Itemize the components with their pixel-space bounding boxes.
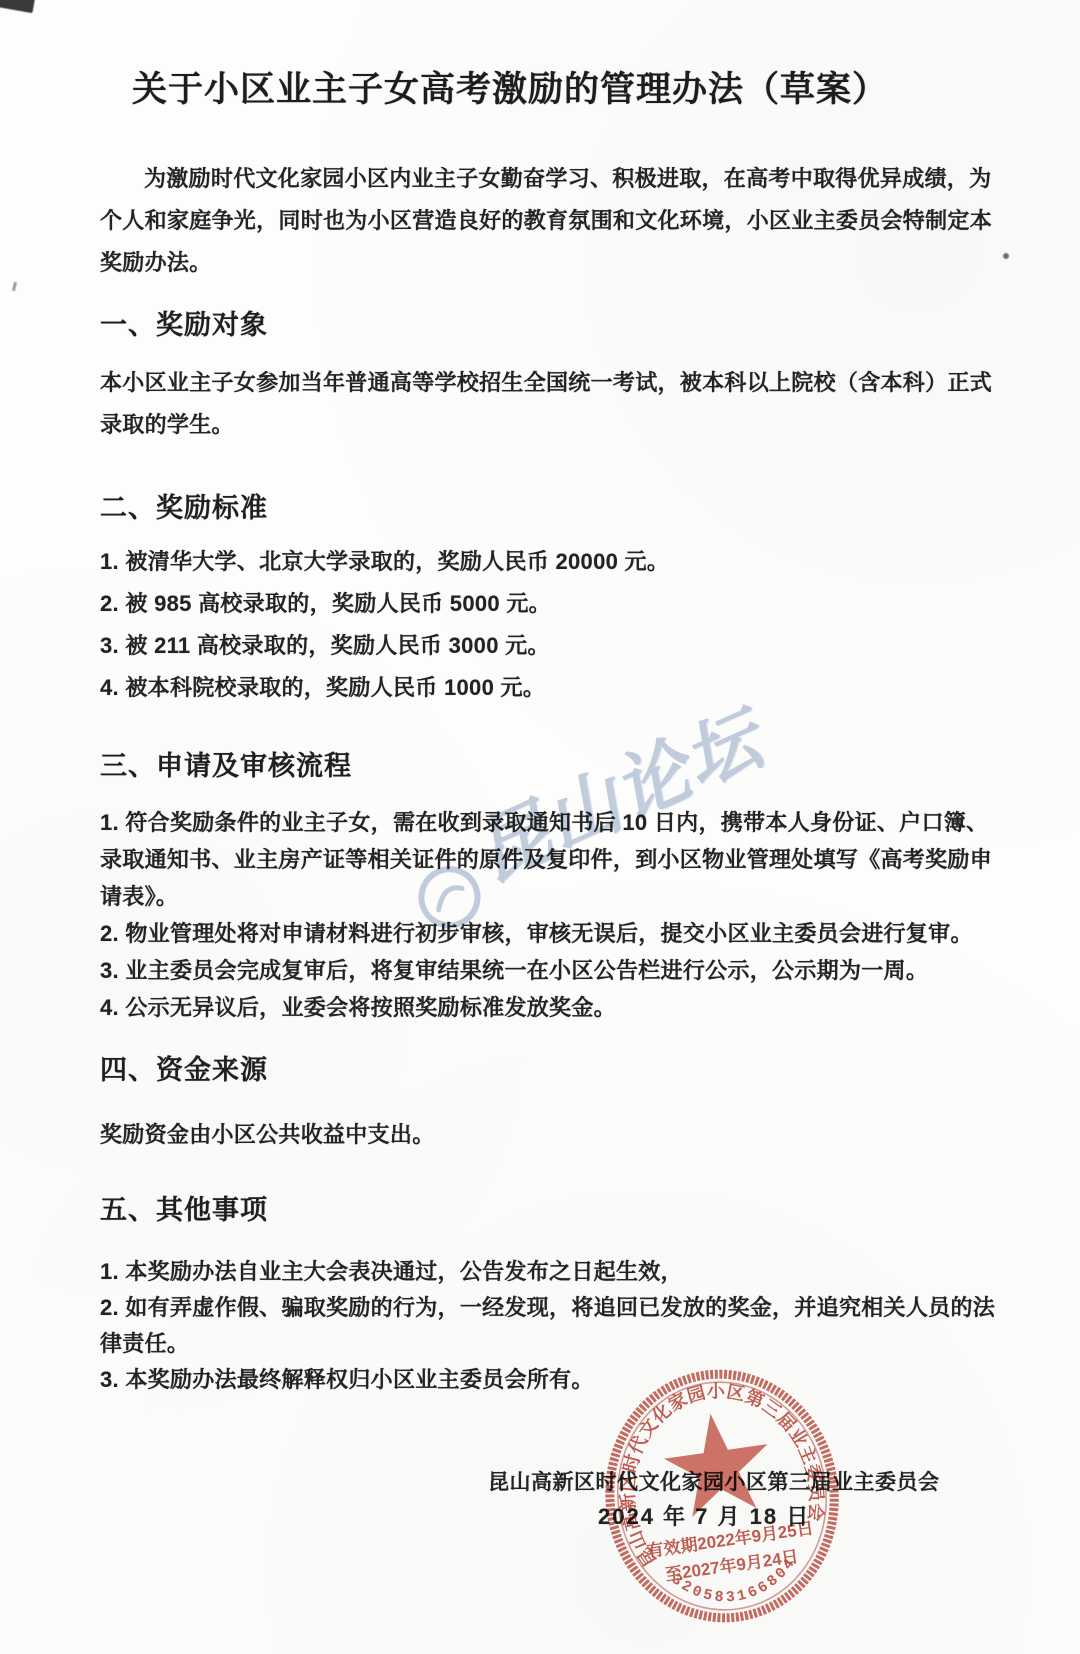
- scan-speck-artifact: [12, 282, 17, 291]
- scan-dot-artifact: [1003, 253, 1009, 259]
- list-item: 1. 符合奖励条件的业主子女，需在收到录取通知书后 10 日内，携带本人身份证、…: [100, 804, 1005, 915]
- list-item: 3. 被 211 高校录取的，奖励人民币 3000 元。: [100, 625, 1005, 667]
- scan-corner-mark: [0, 0, 35, 13]
- seal-inner-ring: [603, 1369, 841, 1624]
- paragraph-funding-source: 奖励资金由小区公共收益中支出。: [100, 1114, 1005, 1156]
- list-item: 2. 如有弄虚作假、骗取奖励的行为，一经发现，将追回已发放的奖金，并追究相关人员…: [100, 1290, 1005, 1362]
- section-heading-funding-source: 四、资金来源: [100, 1048, 268, 1087]
- reward-standard-list: 1. 被清华大学、北京大学录取的，奖励人民币 20000 元。 2. 被 985…: [100, 541, 1005, 709]
- list-item: 3. 业主委员会完成复审后，将复审结果统一在小区公告栏进行公示，公示期为一周。: [100, 952, 1005, 989]
- paragraph-reward-target: 本小区业主子女参加当年普通高等学校招生全国统一考试，被本科以上院校（含本科）正式…: [100, 362, 1005, 446]
- list-item: 4. 被本科院校录取的，奖励人民币 1000 元。: [100, 667, 1005, 709]
- section-heading-reward-standard: 二、奖励标准: [100, 486, 268, 525]
- intro-paragraph: 为激励时代文化家园小区内业主子女勤奋学习、积极进取，在高考中取得优异成绩，为个人…: [100, 158, 1005, 284]
- list-item: 1. 被清华大学、北京大学录取的，奖励人民币 20000 元。: [100, 541, 1005, 583]
- list-item: 3. 本奖励办法最终解释权归小区业主委员会所有。: [100, 1362, 1005, 1398]
- document-page: 关于小区业主子女高考激励的管理办法（草案） 为激励时代文化家园小区内业主子女勤奋…: [0, 0, 1080, 1654]
- section-heading-reward-target: 一、奖励对象: [100, 303, 268, 342]
- seal-star-icon: [659, 1407, 776, 1520]
- document-title: 关于小区业主子女高考激励的管理办法（草案）: [0, 62, 1020, 112]
- section-heading-application-process: 三、申请及审核流程: [100, 744, 352, 783]
- other-matters-list: 1. 本奖励办法自业主大会表决通过，公告发布之日起生效， 2. 如有弄虚作假、骗…: [100, 1254, 1005, 1398]
- list-item: 2. 物业管理处将对申请材料进行初步审核，审核无误后，提交小区业主委员会进行复审…: [100, 915, 1005, 952]
- list-item: 1. 本奖励办法自业主大会表决通过，公告发布之日起生效，: [100, 1254, 1005, 1290]
- official-seal: 昆山高新区时代文化家园小区第三届业主委员会 有效期2022年9月25日 至202…: [582, 1348, 862, 1644]
- section-heading-other-matters: 五、其他事项: [100, 1188, 268, 1227]
- list-item: 4. 公示无异议后，业委会将按照奖励标准发放奖金。: [100, 989, 1005, 1026]
- list-item: 2. 被 985 高校录取的，奖励人民币 5000 元。: [100, 583, 1005, 625]
- application-process-list: 1. 符合奖励条件的业主子女，需在收到录取通知书后 10 日内，携带本人身份证、…: [100, 804, 1005, 1026]
